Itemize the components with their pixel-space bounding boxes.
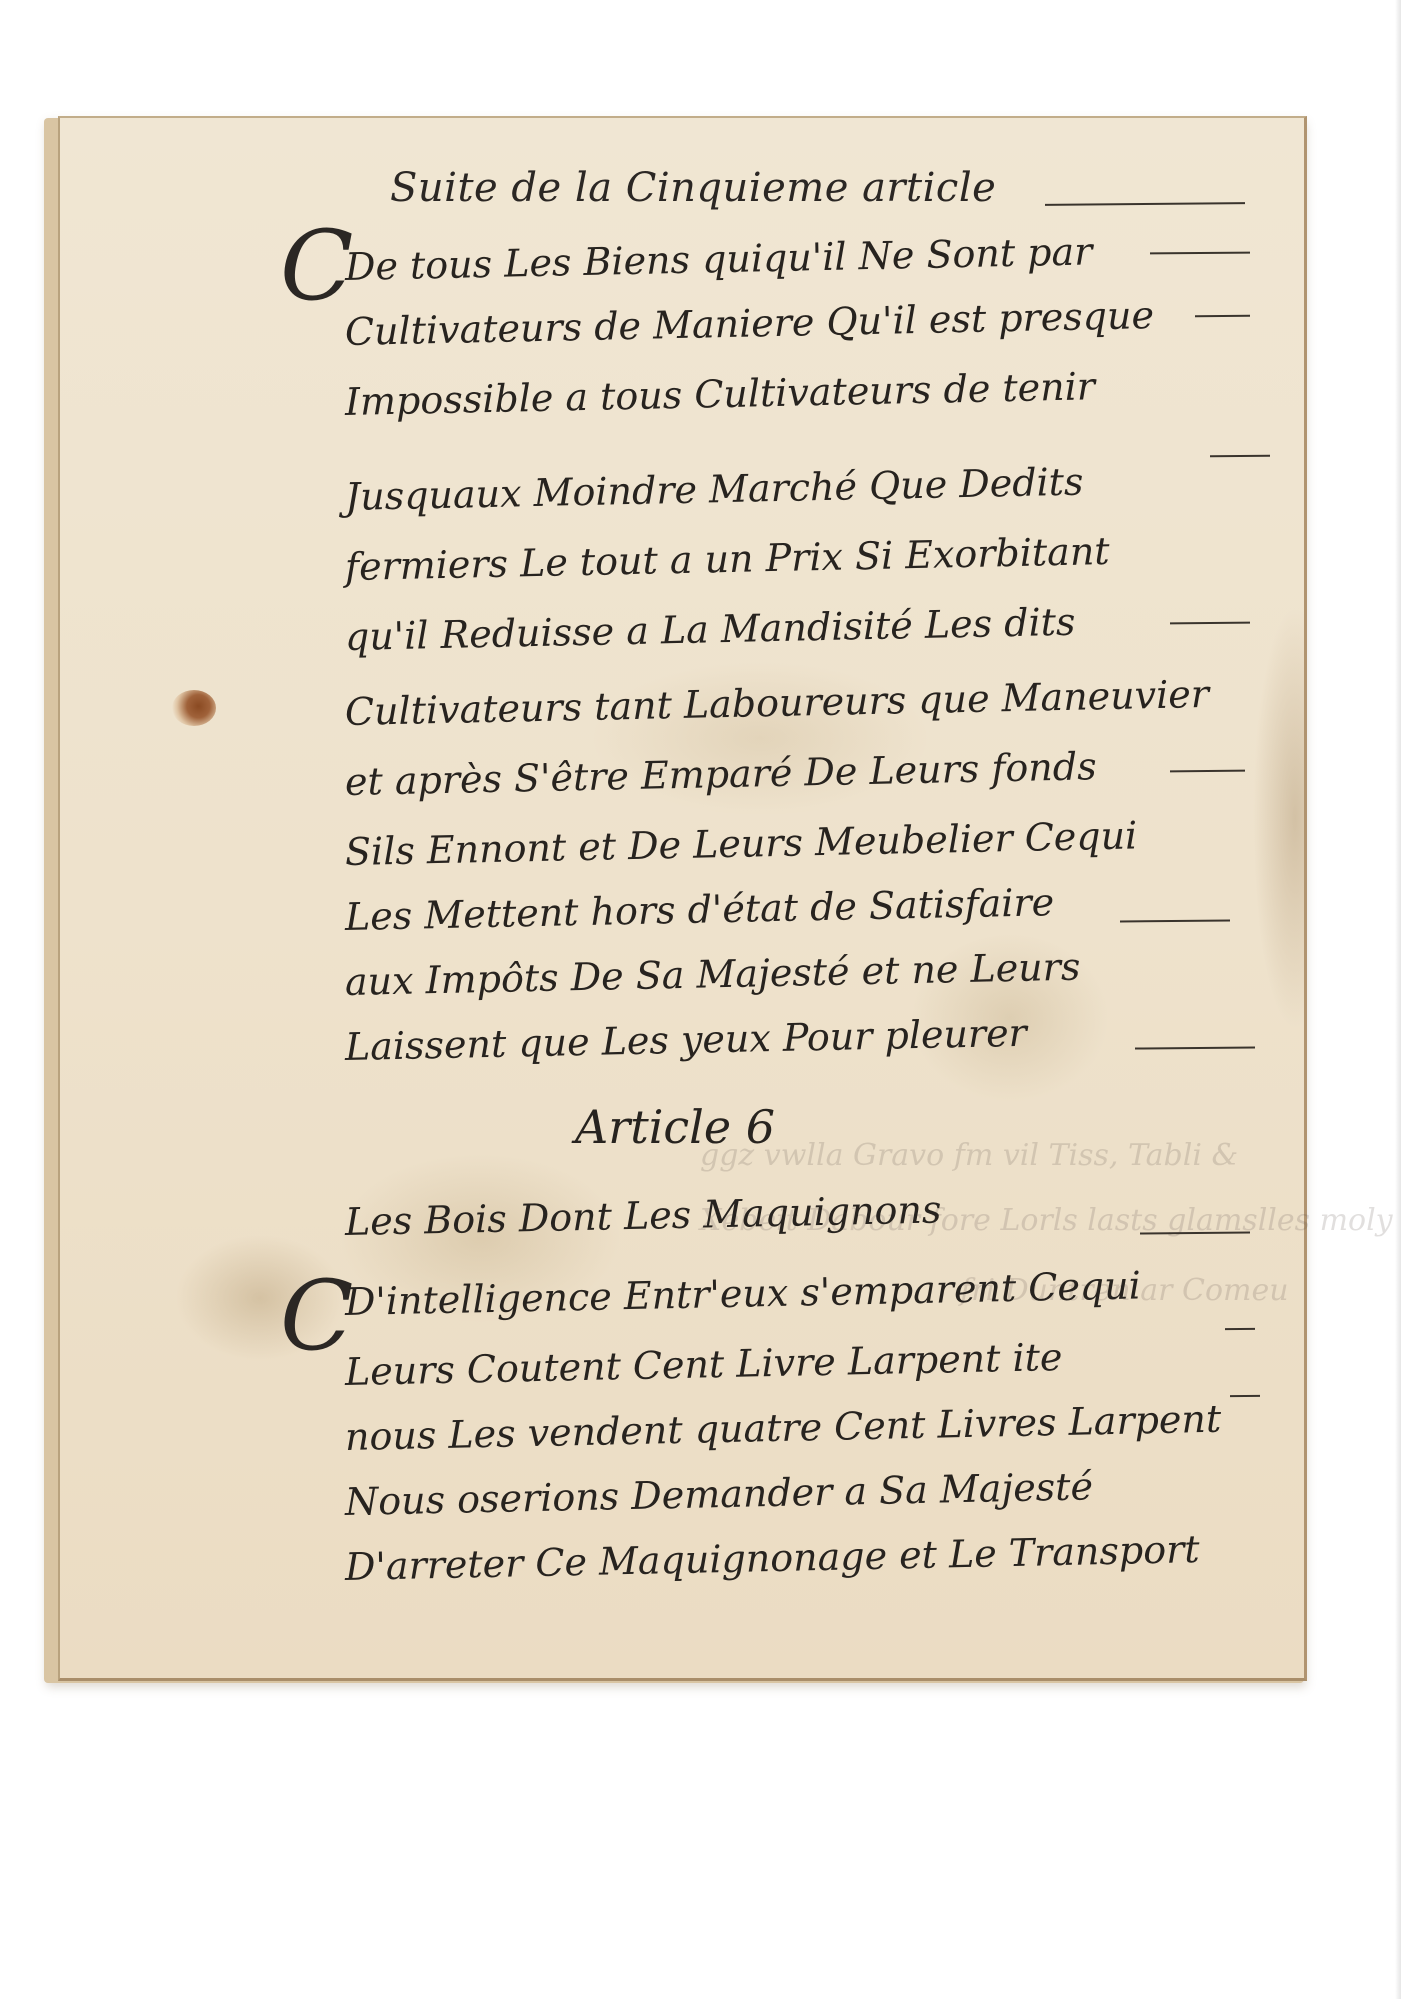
- article-6-body: Les Bois Dont Les Maquignons D'intellige…: [0, 0, 1401, 1999]
- text-line: Nous oserions Demander a Sa Majesté: [345, 1461, 1246, 1524]
- text-line: Leurs Coutent Cent Livre Larpent ite: [345, 1331, 1246, 1394]
- text-line: D'intelligence Entr'eux s'emparent Cequi: [345, 1261, 1246, 1324]
- text-line: D'arreter Ce Maquignonage et Le Transpor…: [345, 1526, 1246, 1589]
- line-filler: [1230, 1395, 1260, 1397]
- text-line: Les Bois Dont Les Maquignons: [345, 1181, 1246, 1244]
- line-filler: [1225, 1328, 1255, 1330]
- text-line: nous Les vendent quatre Cent Livres Larp…: [345, 1396, 1246, 1459]
